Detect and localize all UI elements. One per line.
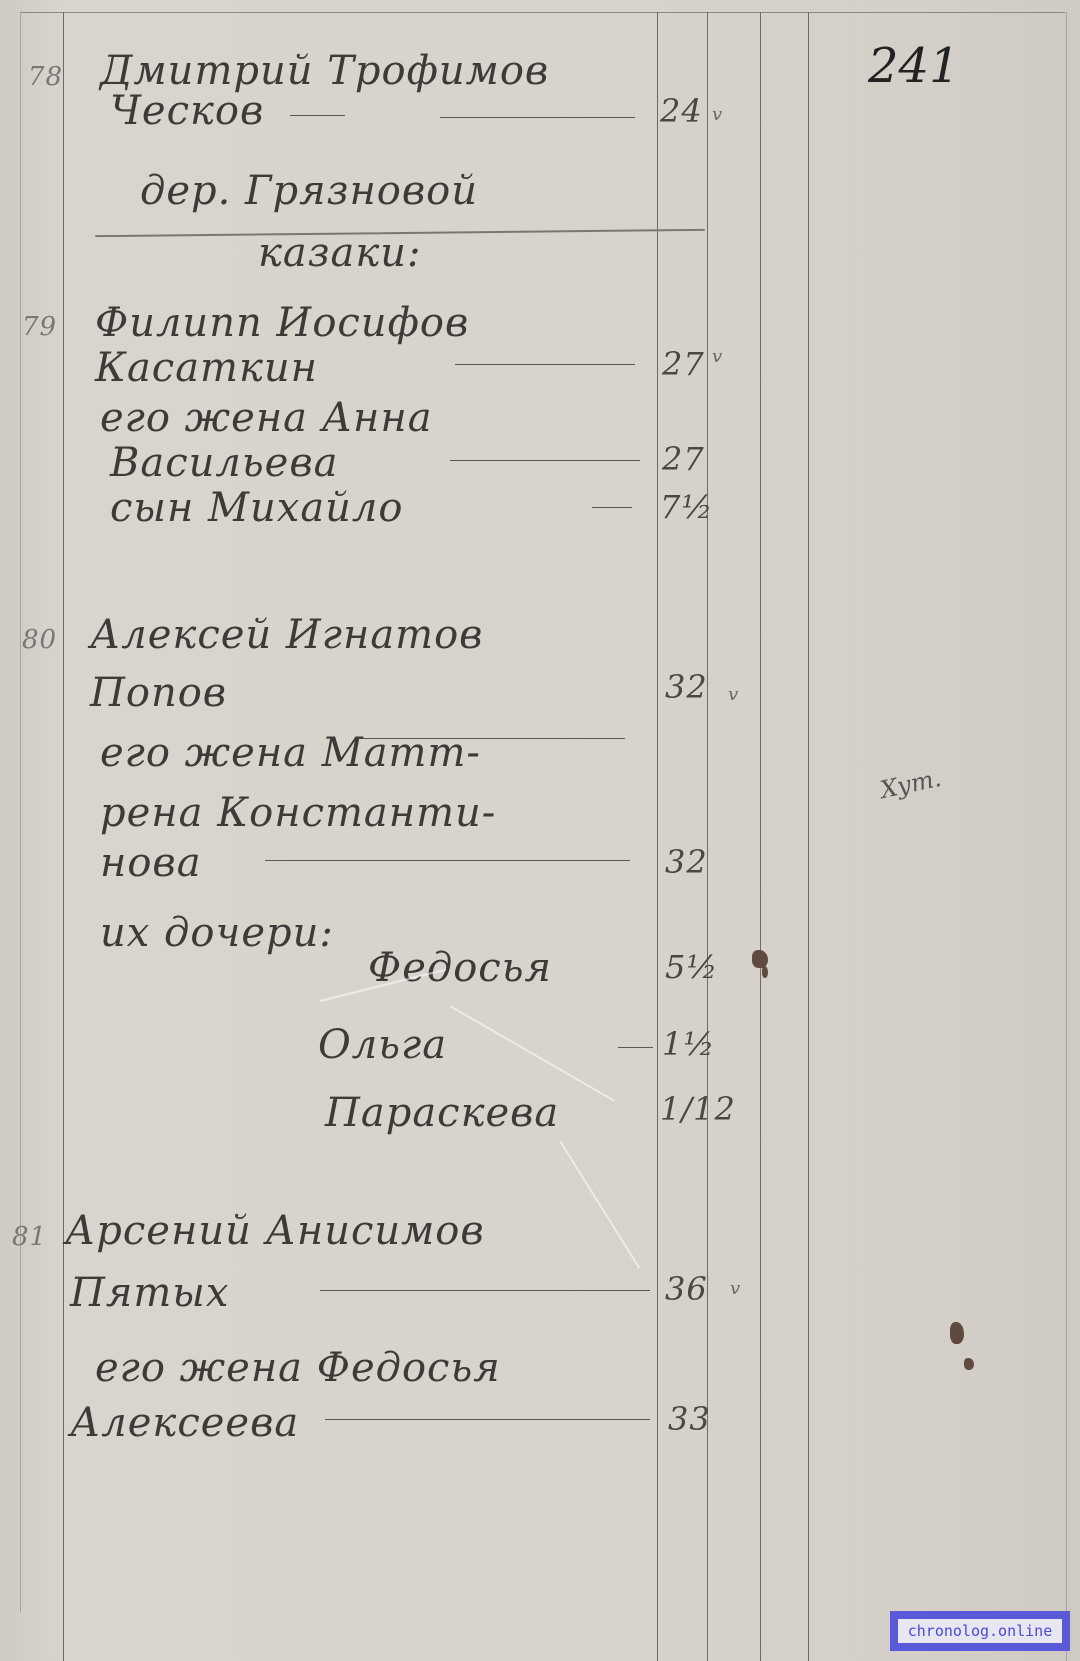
age-value: 36 [665,1270,708,1308]
margin-note: Хут. [878,764,944,804]
family-member-line: Ольга [318,1022,447,1068]
family-member-line: его жена Федосья [95,1345,501,1391]
family-member-line: сын Михайло [110,485,403,531]
entry-name-line: Арсений Анисимов [65,1208,485,1254]
check-mark: v [728,684,738,705]
filler-dash [592,507,632,508]
entry-name-line: Филипп Иосифов [95,300,469,346]
family-member-line: Федосья [368,945,552,991]
entry-number: 78 [28,62,63,92]
extra-column-rule [808,12,809,1661]
village-heading: дер. Грязновой [140,168,478,214]
age-value: 24 [660,92,703,130]
estate-heading: казаки: [258,230,422,276]
filler-dash [450,460,640,461]
filler-dash [265,860,630,861]
age-value: 7½ [660,488,713,526]
entry-number: 79 [22,312,57,342]
entry-number: 80 [22,625,57,655]
age-value: 27 [662,440,705,478]
age-value: 32 [665,843,708,881]
ink-stain [964,1358,974,1370]
entry-name-line: Касаткин [95,345,318,391]
entry-name-line: Ческов [110,88,264,134]
age-value: 1½ [662,1025,715,1063]
ink-stain [950,1322,964,1344]
family-member-line: рена Константи- [100,790,496,836]
check-mark: v [730,1278,740,1299]
check-mark: v [712,104,722,125]
watermark-badge: chronolog.online [890,1611,1070,1651]
filler-dash [325,1419,650,1420]
document-page: 241 78 Дмитрий Трофимов Ческов 24 v дер.… [0,0,1080,1661]
family-member-line: Параскева [325,1090,559,1136]
top-rule [20,12,1065,13]
family-member-line: Алексеева [70,1400,299,1446]
watermark-text: chronolog.online [898,1619,1063,1643]
filler-dash [290,115,345,116]
family-member-line: нова [100,840,202,886]
outer-margin-rule [20,12,21,1612]
entry-name-line: Алексей Игнатов [90,612,483,658]
age-value: 32 [665,668,708,706]
family-member-line: его жена Анна [100,395,433,441]
age-value: 1/12 [660,1090,736,1128]
check-mark: v [712,346,722,367]
family-subheading: их дочери: [100,910,334,956]
paper-crease [450,1005,616,1102]
entry-name-line: Попов [90,670,227,716]
filler-dash [320,1290,650,1291]
ink-stain [762,966,768,978]
age-value: 33 [668,1400,711,1438]
filler-dash [455,364,635,365]
number-column-rule [63,12,64,1661]
entry-name-line: Пятых [70,1270,229,1316]
family-member-line: его жена Матт- [100,730,481,776]
name-column-rule [657,12,658,1661]
age-value: 27 [662,345,705,383]
page-number: 241 [868,38,960,94]
entry-number: 81 [12,1222,47,1252]
age-value: 5½ [665,948,718,986]
right-edge-rule [1066,12,1067,1661]
filler-dash [440,117,635,118]
mark-column-rule [760,12,761,1661]
filler-dash [618,1047,653,1048]
family-member-line: Васильева [110,440,338,486]
paper-crease [559,1140,640,1268]
